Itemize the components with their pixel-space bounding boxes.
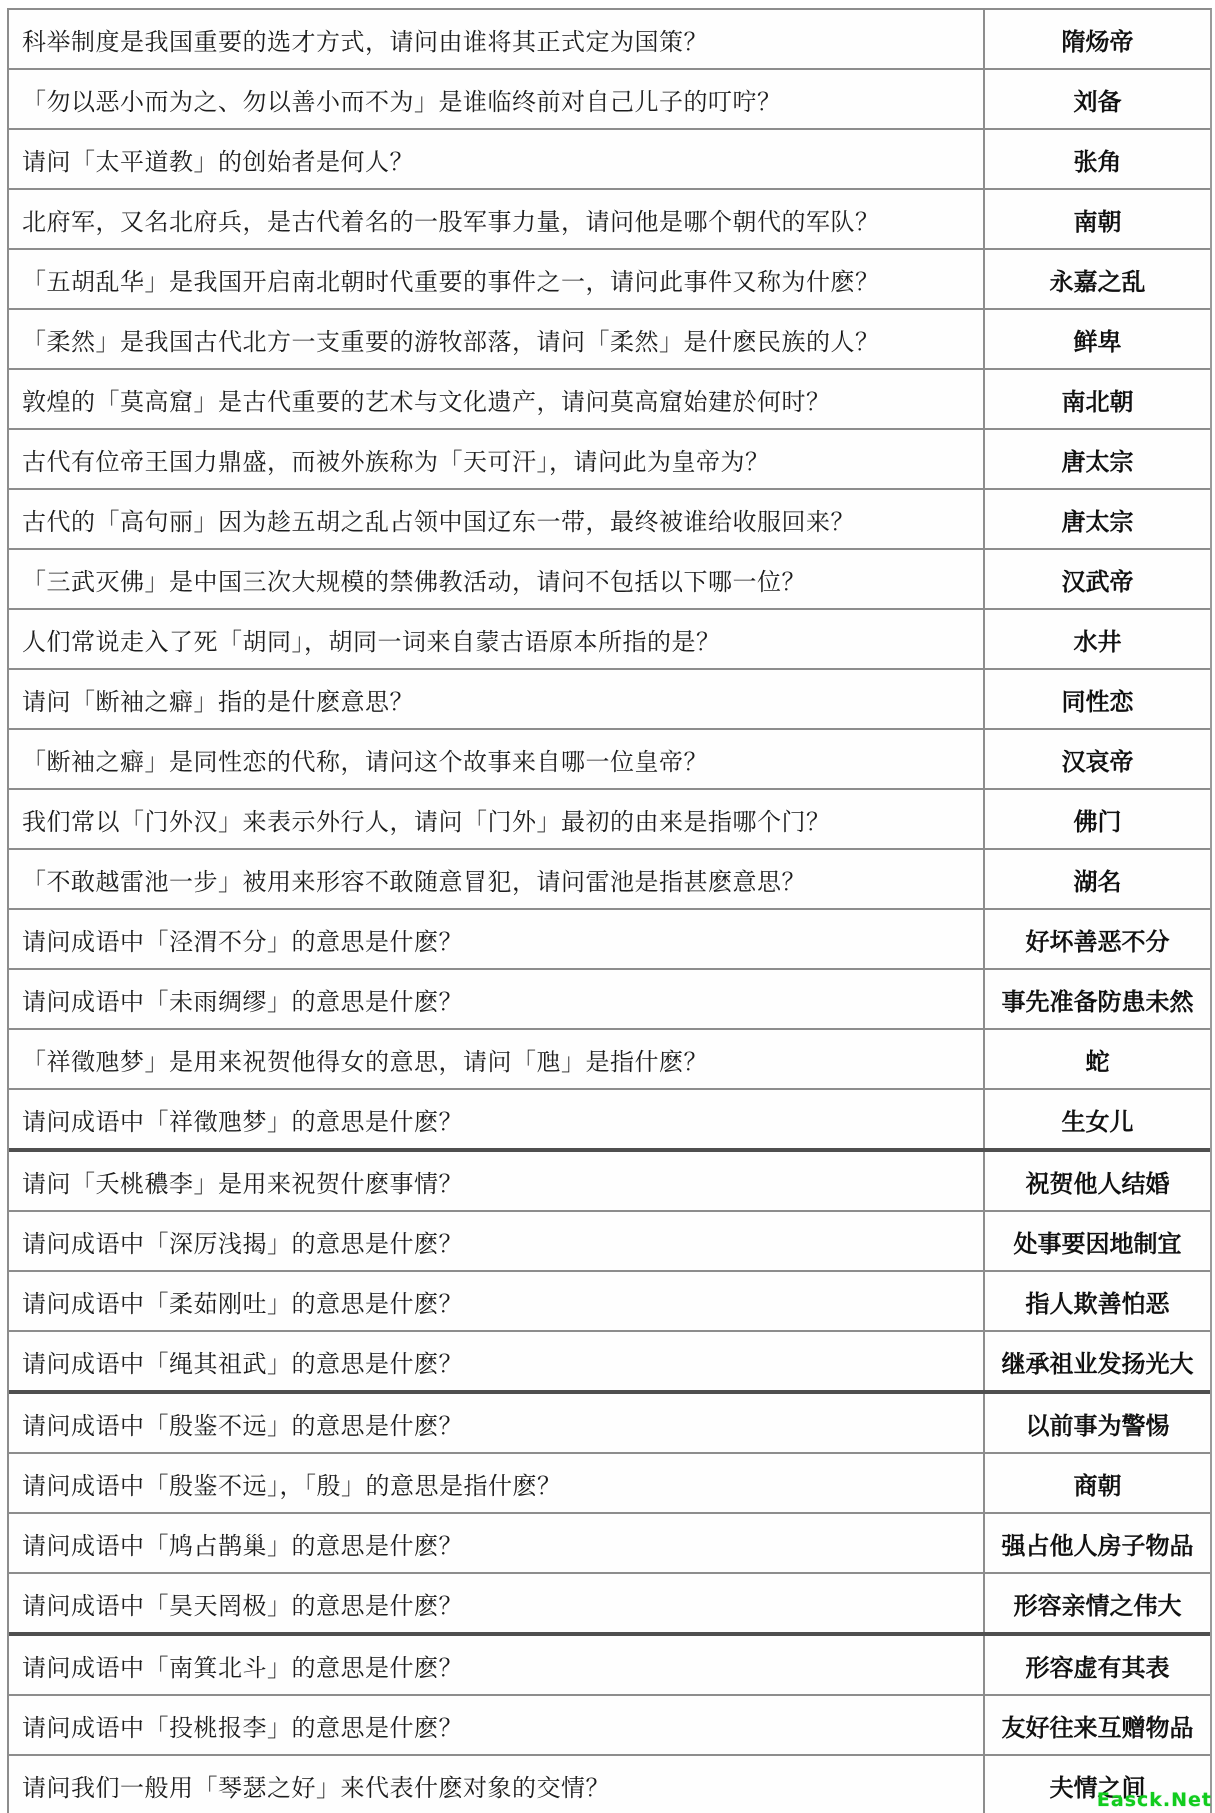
answer-cell: 继承祖业发扬光大 (985, 1332, 1210, 1390)
table-row: 「柔然」是我国古代北方一支重要的游牧部落，请问「柔然」是什麽民族的人？鲜卑 (9, 310, 1210, 370)
answer-cell: 湖名 (985, 850, 1210, 908)
answer-cell: 形容亲情之伟大 (985, 1574, 1210, 1632)
table-row: 请问我们一般用「琴瑟之好」来代表什麽对象的交情？夫情之间 (9, 1756, 1210, 1813)
question-cell: 「五胡乱华」是我国开启南北朝时代重要的事件之一，请问此事件又称为什麽？ (9, 250, 985, 308)
quiz-answer-table: 科举制度是我国重要的选才方式，请问由谁将其正式定为国策？隋炀帝「勿以恶小而为之、… (7, 8, 1212, 1813)
question-cell: 请问成语中「鸠占鹊巢」的意思是什麽？ (9, 1514, 985, 1572)
table-row: 人们常说走入了死「胡同」，胡同一词来自蒙古语原本所指的是？水井 (9, 610, 1210, 670)
question-cell: 请问「太平道教」的创始者是何人？ (9, 130, 985, 188)
answer-cell: 商朝 (985, 1454, 1210, 1512)
question-cell: 请问成语中「昊天罔极」的意思是什麽？ (9, 1574, 985, 1632)
answer-cell: 唐太宗 (985, 490, 1210, 548)
answer-cell: 蛇 (985, 1030, 1210, 1088)
table-row: 请问「太平道教」的创始者是何人？张角 (9, 130, 1210, 190)
answer-cell: 张角 (985, 130, 1210, 188)
table-row: 请问成语中「泾渭不分」的意思是什麽？好坏善恶不分 (9, 910, 1210, 970)
answer-cell: 隋炀帝 (985, 10, 1210, 68)
table-row: 请问「夭桃穠李」是用来祝贺什麽事情？祝贺他人结婚 (9, 1152, 1210, 1212)
question-cell: 请问「夭桃穠李」是用来祝贺什麽事情？ (9, 1152, 985, 1210)
answer-cell: 汉武帝 (985, 550, 1210, 608)
table-row: 「祥徵虺梦」是用来祝贺他得女的意思，请问「虺」是指什麽？蛇 (9, 1030, 1210, 1090)
answer-cell: 祝贺他人结婚 (985, 1152, 1210, 1210)
table-row: 科举制度是我国重要的选才方式，请问由谁将其正式定为国策？隋炀帝 (9, 10, 1210, 70)
question-cell: 我们常以「门外汉」来表示外行人，请问「门外」最初的由来是指哪个门？ (9, 790, 985, 848)
question-cell: 请问成语中「未雨绸缪」的意思是什麽？ (9, 970, 985, 1028)
question-cell: 「勿以恶小而为之、勿以善小而不为」是谁临终前对自己儿子的叮咛？ (9, 70, 985, 128)
question-cell: 请问「断袖之癖」指的是什麽意思？ (9, 670, 985, 728)
table-row: 请问成语中「鸠占鹊巢」的意思是什麽？强占他人房子物品 (9, 1514, 1210, 1574)
question-cell: 古代的「高句丽」因为趁五胡之乱占领中国辽东一带，最终被谁给收服回来？ (9, 490, 985, 548)
question-cell: 「断袖之癖」是同性恋的代称，请问这个故事来自哪一位皇帝？ (9, 730, 985, 788)
table-row: 请问成语中「深厉浅揭」的意思是什麽？处事要因地制宜 (9, 1212, 1210, 1272)
table-row: 古代的「高句丽」因为趁五胡之乱占领中国辽东一带，最终被谁给收服回来？唐太宗 (9, 490, 1210, 550)
question-cell: 敦煌的「莫高窟」是古代重要的艺术与文化遗产，请问莫高窟始建於何时？ (9, 370, 985, 428)
question-cell: 请问成语中「绳其祖武」的意思是什麽？ (9, 1332, 985, 1390)
answer-cell: 同性恋 (985, 670, 1210, 728)
answer-cell: 鲜卑 (985, 310, 1210, 368)
question-cell: 「祥徵虺梦」是用来祝贺他得女的意思，请问「虺」是指什麽？ (9, 1030, 985, 1088)
question-cell: 请问成语中「柔茹刚吐」的意思是什麽？ (9, 1272, 985, 1330)
answer-cell: 事先准备防患未然 (985, 970, 1210, 1028)
table-row: 北府军，又名北府兵，是古代着名的一股军事力量，请问他是哪个朝代的军队？南朝 (9, 190, 1210, 250)
table-row: 古代有位帝王国力鼎盛，而被外族称为「天可汗」，请问此为皇帝为？唐太宗 (9, 430, 1210, 490)
table-row: 请问成语中「祥徵虺梦」的意思是什麽？生女儿 (9, 1090, 1210, 1152)
question-cell: 请问成语中「投桃报李」的意思是什麽？ (9, 1696, 985, 1754)
site-watermark: Easck.Net (1097, 1789, 1212, 1811)
table-row: 我们常以「门外汉」来表示外行人，请问「门外」最初的由来是指哪个门？佛门 (9, 790, 1210, 850)
question-cell: 「柔然」是我国古代北方一支重要的游牧部落，请问「柔然」是什麽民族的人？ (9, 310, 985, 368)
answer-cell: 好坏善恶不分 (985, 910, 1210, 968)
answer-cell: 指人欺善怕恶 (985, 1272, 1210, 1330)
answer-cell: 佛门 (985, 790, 1210, 848)
answer-cell: 刘备 (985, 70, 1210, 128)
answer-cell: 水井 (985, 610, 1210, 668)
answer-cell: 强占他人房子物品 (985, 1514, 1210, 1572)
answer-cell: 处事要因地制宜 (985, 1212, 1210, 1270)
question-cell: 请问成语中「殷鉴不远」的意思是什麽？ (9, 1394, 985, 1452)
question-cell: 人们常说走入了死「胡同」，胡同一词来自蒙古语原本所指的是？ (9, 610, 985, 668)
table-row: 「五胡乱华」是我国开启南北朝时代重要的事件之一，请问此事件又称为什麽？永嘉之乱 (9, 250, 1210, 310)
answer-cell: 南北朝 (985, 370, 1210, 428)
question-cell: 请问成语中「祥徵虺梦」的意思是什麽？ (9, 1090, 985, 1148)
question-cell: 请问我们一般用「琴瑟之好」来代表什麽对象的交情？ (9, 1756, 985, 1813)
question-cell: 请问成语中「殷鉴不远」，「殷」的意思是指什麽？ (9, 1454, 985, 1512)
table-row: 请问成语中「未雨绸缪」的意思是什麽？事先准备防患未然 (9, 970, 1210, 1030)
question-cell: 「不敢越雷池一步」被用来形容不敢随意冒犯，请问雷池是指甚麽意思？ (9, 850, 985, 908)
answer-cell: 唐太宗 (985, 430, 1210, 488)
question-cell: 古代有位帝王国力鼎盛，而被外族称为「天可汗」，请问此为皇帝为？ (9, 430, 985, 488)
table-row: 「不敢越雷池一步」被用来形容不敢随意冒犯，请问雷池是指甚麽意思？湖名 (9, 850, 1210, 910)
answer-cell: 形容虚有其表 (985, 1636, 1210, 1694)
page: 科举制度是我国重要的选才方式，请问由谁将其正式定为国策？隋炀帝「勿以恶小而为之、… (7, 8, 1212, 1813)
table-row: 请问成语中「投桃报李」的意思是什麽？友好往来互赠物品 (9, 1696, 1210, 1756)
question-cell: 科举制度是我国重要的选才方式，请问由谁将其正式定为国策？ (9, 10, 985, 68)
table-row: 请问成语中「柔茹刚吐」的意思是什麽？指人欺善怕恶 (9, 1272, 1210, 1332)
table-row: 「断袖之癖」是同性恋的代称，请问这个故事来自哪一位皇帝？汉哀帝 (9, 730, 1210, 790)
answer-cell: 友好往来互赠物品 (985, 1696, 1210, 1754)
table-row: 请问成语中「绳其祖武」的意思是什麽？继承祖业发扬光大 (9, 1332, 1210, 1394)
answer-cell: 汉哀帝 (985, 730, 1210, 788)
question-cell: 请问成语中「泾渭不分」的意思是什麽？ (9, 910, 985, 968)
question-cell: 「三武灭佛」是中国三次大规模的禁佛教活动，请问不包括以下哪一位？ (9, 550, 985, 608)
answer-cell: 南朝 (985, 190, 1210, 248)
table-row: 请问「断袖之癖」指的是什麽意思？同性恋 (9, 670, 1210, 730)
answer-cell: 生女儿 (985, 1090, 1210, 1148)
table-row: 「三武灭佛」是中国三次大规模的禁佛教活动，请问不包括以下哪一位？汉武帝 (9, 550, 1210, 610)
question-cell: 请问成语中「深厉浅揭」的意思是什麽？ (9, 1212, 985, 1270)
question-cell: 请问成语中「南箕北斗」的意思是什麽？ (9, 1636, 985, 1694)
table-row: 请问成语中「南箕北斗」的意思是什麽？形容虚有其表 (9, 1636, 1210, 1696)
table-row: 请问成语中「殷鉴不远」的意思是什麽？以前事为警惕 (9, 1394, 1210, 1454)
answer-cell: 永嘉之乱 (985, 250, 1210, 308)
table-row: 「勿以恶小而为之、勿以善小而不为」是谁临终前对自己儿子的叮咛？刘备 (9, 70, 1210, 130)
table-row: 请问成语中「昊天罔极」的意思是什麽？形容亲情之伟大 (9, 1574, 1210, 1636)
table-row: 敦煌的「莫高窟」是古代重要的艺术与文化遗产，请问莫高窟始建於何时？南北朝 (9, 370, 1210, 430)
answer-cell: 以前事为警惕 (985, 1394, 1210, 1452)
table-row: 请问成语中「殷鉴不远」，「殷」的意思是指什麽？商朝 (9, 1454, 1210, 1514)
question-cell: 北府军，又名北府兵，是古代着名的一股军事力量，请问他是哪个朝代的军队？ (9, 190, 985, 248)
